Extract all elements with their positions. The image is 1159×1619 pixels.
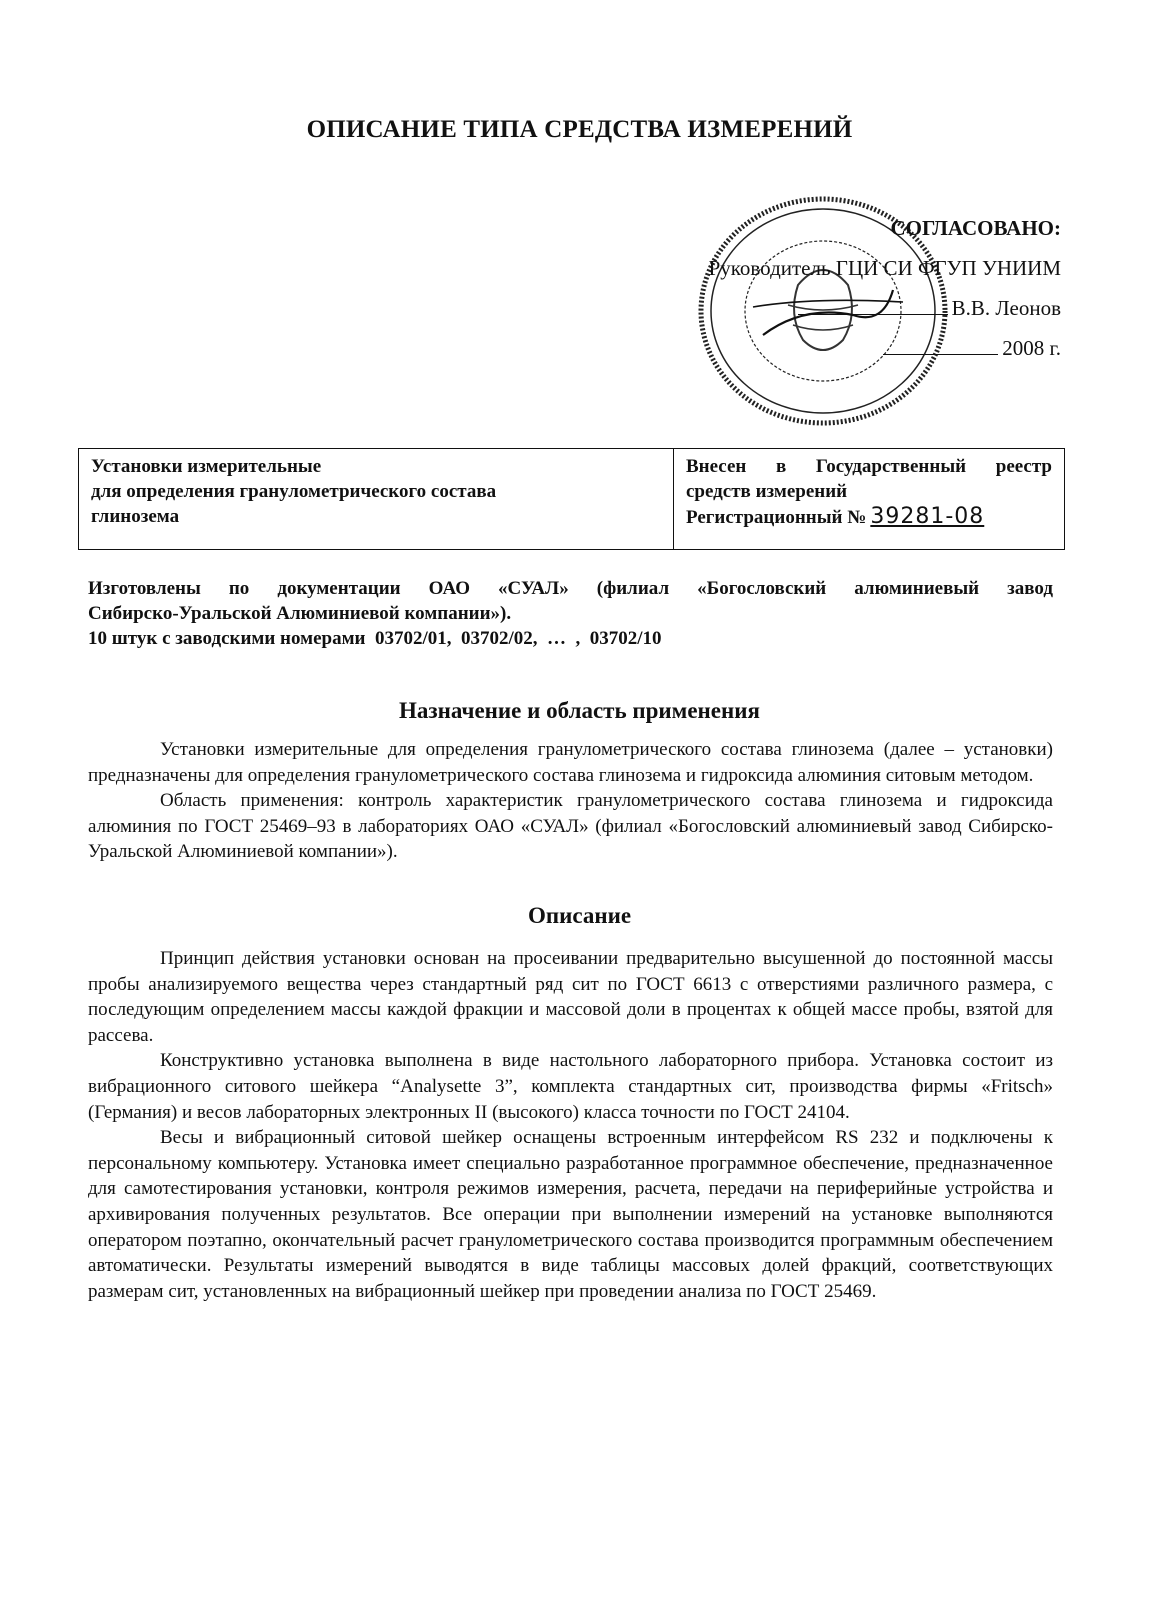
registry-word: в — [776, 454, 786, 479]
section-body-description: Принцип действия установки основан на пр… — [88, 946, 1053, 1304]
approval-date: 2008 г. — [1002, 336, 1061, 360]
registration-label: Регистрационный № — [686, 507, 866, 528]
approver-name: В.В. Леонов — [952, 296, 1061, 320]
instrument-name-line: Установки измерительные — [91, 454, 661, 479]
registry-word: Внесен — [686, 454, 746, 479]
approver-position: Руководитель ГЦИ СИ ФГУП УНИИМ — [709, 248, 1061, 288]
approval-block: СОГЛАСОВАНО: Руководитель ГЦИ СИ ФГУП УН… — [709, 208, 1061, 368]
registry-cell: Внесен в Государственный реестр средств … — [674, 449, 1064, 549]
paragraph: Конструктивно установка выполнена в виде… — [88, 1048, 1053, 1125]
approver-signature-row: В.В. Леонов — [709, 288, 1061, 328]
document-title: ОПИСАНИЕ ТИПА СРЕДСТВА ИЗМЕРЕНИЙ — [0, 116, 1159, 144]
registration-number: 39281-08 — [870, 504, 984, 529]
registry-word: реестр — [996, 454, 1052, 479]
manufacturer-line-2: Сибирско-Уральской Алюминиевой компании»… — [88, 601, 1053, 626]
registry-line-1: Внесен в Государственный реестр — [686, 454, 1052, 479]
serial-numbers-line: 10 штук с заводскими номерами 03702/01, … — [88, 626, 1053, 651]
registry-line-2: средств измерений — [686, 479, 1052, 504]
instrument-name-cell: Установки измерительные для определения … — [79, 449, 674, 549]
section-heading-description: Описание — [0, 903, 1159, 929]
instrument-name-line: глинозема — [91, 504, 661, 529]
signature-line — [798, 294, 948, 315]
instrument-name-line: для определения гранулометрического сост… — [91, 479, 661, 504]
date-line — [883, 334, 998, 355]
manufacturer-info: Изготовлены по документации ОАО «СУАЛ» (… — [88, 576, 1053, 651]
registry-word: Государственный — [816, 454, 966, 479]
paragraph: Принцип действия установки основан на пр… — [88, 946, 1053, 1048]
paragraph: Установки измерительные для определения … — [88, 737, 1053, 788]
paragraph: Область применения: контроль характерист… — [88, 788, 1053, 865]
registration-row: Регистрационный №39281-08 — [686, 504, 1052, 530]
approval-date-row: 2008 г. — [709, 328, 1061, 368]
section-heading-purpose: Назначение и область применения — [0, 698, 1159, 724]
manufacturer-line-1: Изготовлены по документации ОАО «СУАЛ» (… — [88, 576, 1053, 601]
section-body-purpose: Установки измерительные для определения … — [88, 737, 1053, 865]
approval-heading: СОГЛАСОВАНО: — [709, 208, 1061, 248]
registry-box: Установки измерительные для определения … — [78, 448, 1065, 550]
paragraph: Весы и вибрационный ситовой шейкер оснащ… — [88, 1125, 1053, 1304]
